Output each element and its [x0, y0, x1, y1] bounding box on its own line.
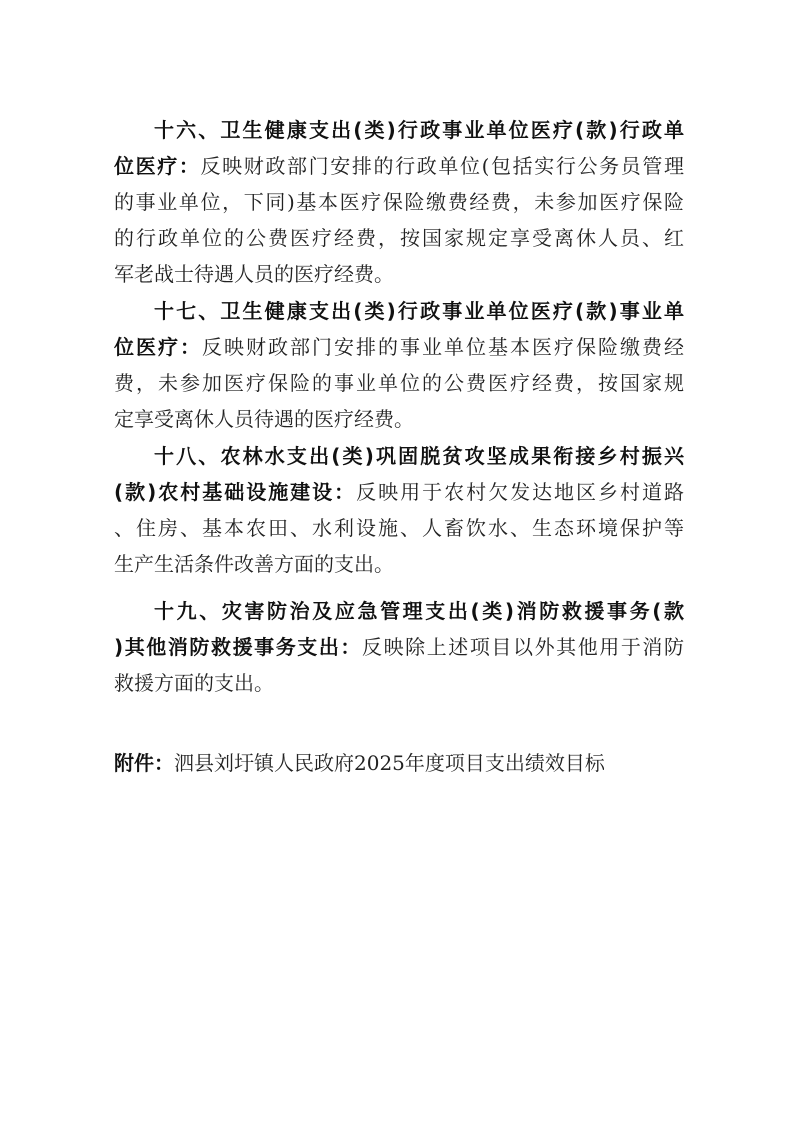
section-17-text: 反映财政部门安排的事业单位基本医疗保险缴费经 — [202, 335, 684, 359]
section-16-line-4: 的行政单位的公费医疗经费，按国家规定享受离休人员、红 — [114, 220, 684, 256]
section-17-text: 定享受离休人员待遇的医疗经费。 — [114, 407, 414, 431]
section-18-line-4: 生产生活条件改善方面的支出。 — [114, 546, 684, 582]
section-17-title: 十七、卫生健康支出(类)行政事业单位医疗(款)事业单 — [154, 299, 684, 323]
attachment-label: 附件： — [114, 751, 174, 775]
section-18-line-3: 、住房、基本农田、水利设施、人畜饮水、生态环境保护等 — [114, 510, 684, 546]
section-16-heading-line: 十六、卫生健康支出(类)行政事业单位医疗(款)行政单 — [154, 112, 684, 148]
section-16-line-3: 的事业单位，下同)基本医疗保险缴费经费，未参加医疗保险 — [114, 184, 684, 220]
section-19-heading-line: 十九、灾害防治及应急管理支出(类)消防救援事务(款 — [154, 593, 684, 629]
section-16-line-2: 位医疗：反映财政部门安排的行政单位(包括实行公务员管理 — [114, 148, 684, 184]
section-18-text: 生产生活条件改善方面的支出。 — [114, 552, 394, 576]
section-17-line-3: 费，未参加医疗保险的事业单位的公费医疗经费，按国家规 — [114, 365, 684, 401]
section-18-text: 、住房、基本农田、水利设施、人畜饮水、生态环境保护等 — [114, 516, 684, 540]
section-18-text: 反映用于农村欠发达地区乡村道路 — [356, 480, 684, 504]
section-18-heading-line: 十八、农林水支出(类)巩固脱贫攻坚成果衔接乡村振兴 — [154, 438, 684, 474]
section-17-line-4: 定享受离休人员待遇的医疗经费。 — [114, 401, 684, 437]
section-19-line-2: )其他消防救援事务支出：反映除上述项目以外其他用于消防 — [114, 629, 684, 665]
section-18-title-end: (款)农村基础设施建设： — [114, 480, 356, 504]
section-18-line-2: (款)农村基础设施建设：反映用于农村欠发达地区乡村道路 — [114, 474, 684, 510]
section-16-title-end: 位医疗： — [114, 154, 201, 178]
section-19-line-3: 救援方面的支出。 — [114, 665, 684, 701]
section-19-title-end: )其他消防救援事务支出： — [114, 635, 362, 659]
section-19-title: 十九、灾害防治及应急管理支出(类)消防救援事务(款 — [154, 599, 684, 623]
section-19-text: 救援方面的支出。 — [114, 671, 274, 695]
attachment-line: 附件：泗县刘圩镇人民政府2025年度项目支出绩效目标 — [114, 745, 605, 781]
section-16-title: 十六、卫生健康支出(类)行政事业单位医疗(款)行政单 — [154, 118, 684, 142]
section-18-title: 十八、农林水支出(类)巩固脱贫攻坚成果衔接乡村振兴 — [154, 444, 684, 468]
section-16-text: 的行政单位的公费医疗经费，按国家规定享受离休人员、红 — [114, 226, 684, 250]
section-17-title-end: 位医疗： — [114, 335, 202, 359]
document-page: 十六、卫生健康支出(类)行政事业单位医疗(款)行政单 位医疗：反映财政部门安排的… — [0, 0, 793, 1122]
section-19-text: 反映除上述项目以外其他用于消防 — [362, 635, 684, 659]
section-16-text: 军老战士待遇人员的医疗经费。 — [114, 262, 394, 286]
section-17-heading-line: 十七、卫生健康支出(类)行政事业单位医疗(款)事业单 — [154, 293, 684, 329]
section-16-text: 的事业单位，下同)基本医疗保险缴费经费，未参加医疗保险 — [114, 190, 684, 214]
section-16-text: 反映财政部门安排的行政单位(包括实行公务员管理 — [201, 154, 685, 178]
section-16-line-5: 军老战士待遇人员的医疗经费。 — [114, 256, 684, 292]
section-17-text: 费，未参加医疗保险的事业单位的公费医疗经费，按国家规 — [114, 371, 684, 395]
section-17-line-2: 位医疗：反映财政部门安排的事业单位基本医疗保险缴费经 — [114, 329, 684, 365]
attachment-text: 泗县刘圩镇人民政府2025年度项目支出绩效目标 — [174, 751, 605, 775]
